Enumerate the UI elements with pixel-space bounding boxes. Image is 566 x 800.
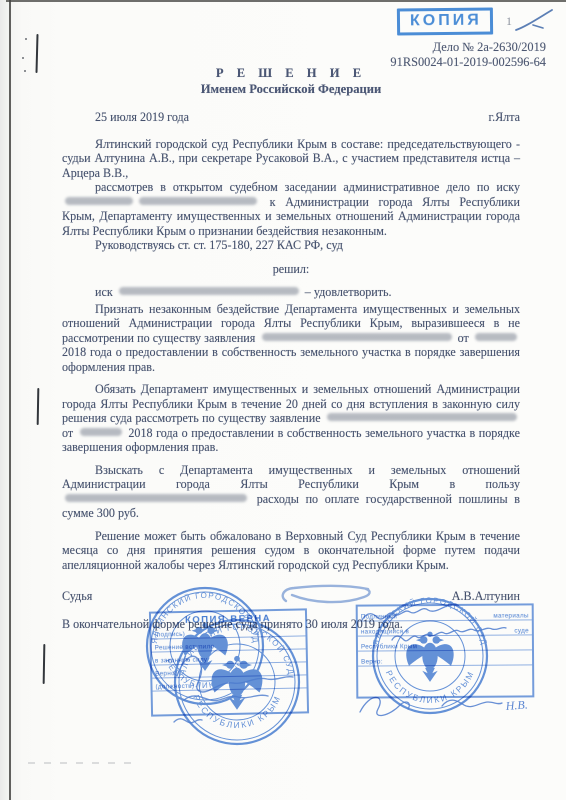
paragraph-recover-costs: Взыскать с Департамента имущественных и … (62, 463, 520, 521)
paragraph-case-considered: рассмотрев в открытом судебном заседании… (62, 180, 520, 238)
court-round-seal-right: ЯЛТИНСКИЙ ГОРОДСКОЙ СУД РЕСПУБЛИКИ КРЫМ … (346, 594, 556, 764)
paragraph-guided-by: Руководствуясь ст. ст. 175-180, 227 КАС … (62, 238, 520, 253)
staple-mark (35, 34, 38, 73)
scanned-court-decision-page: КОПИЯ 1 Дело № 2а-2630/2019 91RS0024-01-… (0, 0, 566, 800)
redacted-text (139, 197, 257, 205)
staple-mark (43, 644, 46, 684)
redacted-text (80, 428, 122, 436)
scan-speck (24, 70, 26, 72)
sheet-number: 1 (506, 14, 512, 29)
decision-date: 25 июля 2019 года (62, 110, 189, 125)
document-title: Р Е Ш Е Н И Е (62, 66, 520, 81)
redacted-text (65, 197, 133, 205)
case-numbers: Дело № 2а-2630/2019 91RS0024-01-2019-002… (390, 40, 546, 69)
paragraph-recognize-inaction: Признать незаконным бездействие Департам… (62, 302, 520, 375)
paragraph-court-composition: Ялтинский городской суд Республики Крым … (62, 137, 520, 181)
decision-place: г.Ялта (488, 110, 520, 125)
judge-label: Судья (62, 589, 92, 604)
redacted-text (327, 413, 517, 421)
document-subtitle: Именем Российской Федерации (62, 82, 520, 97)
pencil-marks (28, 762, 132, 764)
clerk-initials: Н.В. (504, 697, 528, 713)
scan-edge-left (9, 0, 11, 800)
pen-tick-mark (513, 6, 557, 36)
redacted-text (119, 287, 299, 295)
paragraph-claim-satisfied: иск – удовлетворить. (62, 285, 520, 300)
scan-speck (22, 57, 24, 59)
redacted-text (262, 333, 452, 341)
redacted-text (475, 333, 517, 341)
scan-edge-top (6, 0, 566, 2)
decision-text: Р Е Ш Е Н И Е Именем Российской Федераци… (62, 66, 520, 631)
resolution-word: решил: (62, 262, 520, 277)
court-round-seals-left: ЯЛТИНСКИЙ ГОРОДСКОЙ СУД РЕСПУБЛИКИ КРЫМ … (122, 576, 347, 800)
copy-stamp: КОПИЯ (397, 7, 493, 35)
case-number: Дело № 2а-2630/2019 (390, 40, 546, 55)
staple-mark (37, 388, 40, 425)
paragraph-appeal-procedure: Решение может быть обжаловано в Верховны… (62, 529, 520, 573)
scan-speck (25, 38, 27, 40)
redacted-text (65, 494, 247, 502)
paragraph-oblige-department: Обязать Департамент имущественных и земе… (62, 382, 520, 455)
